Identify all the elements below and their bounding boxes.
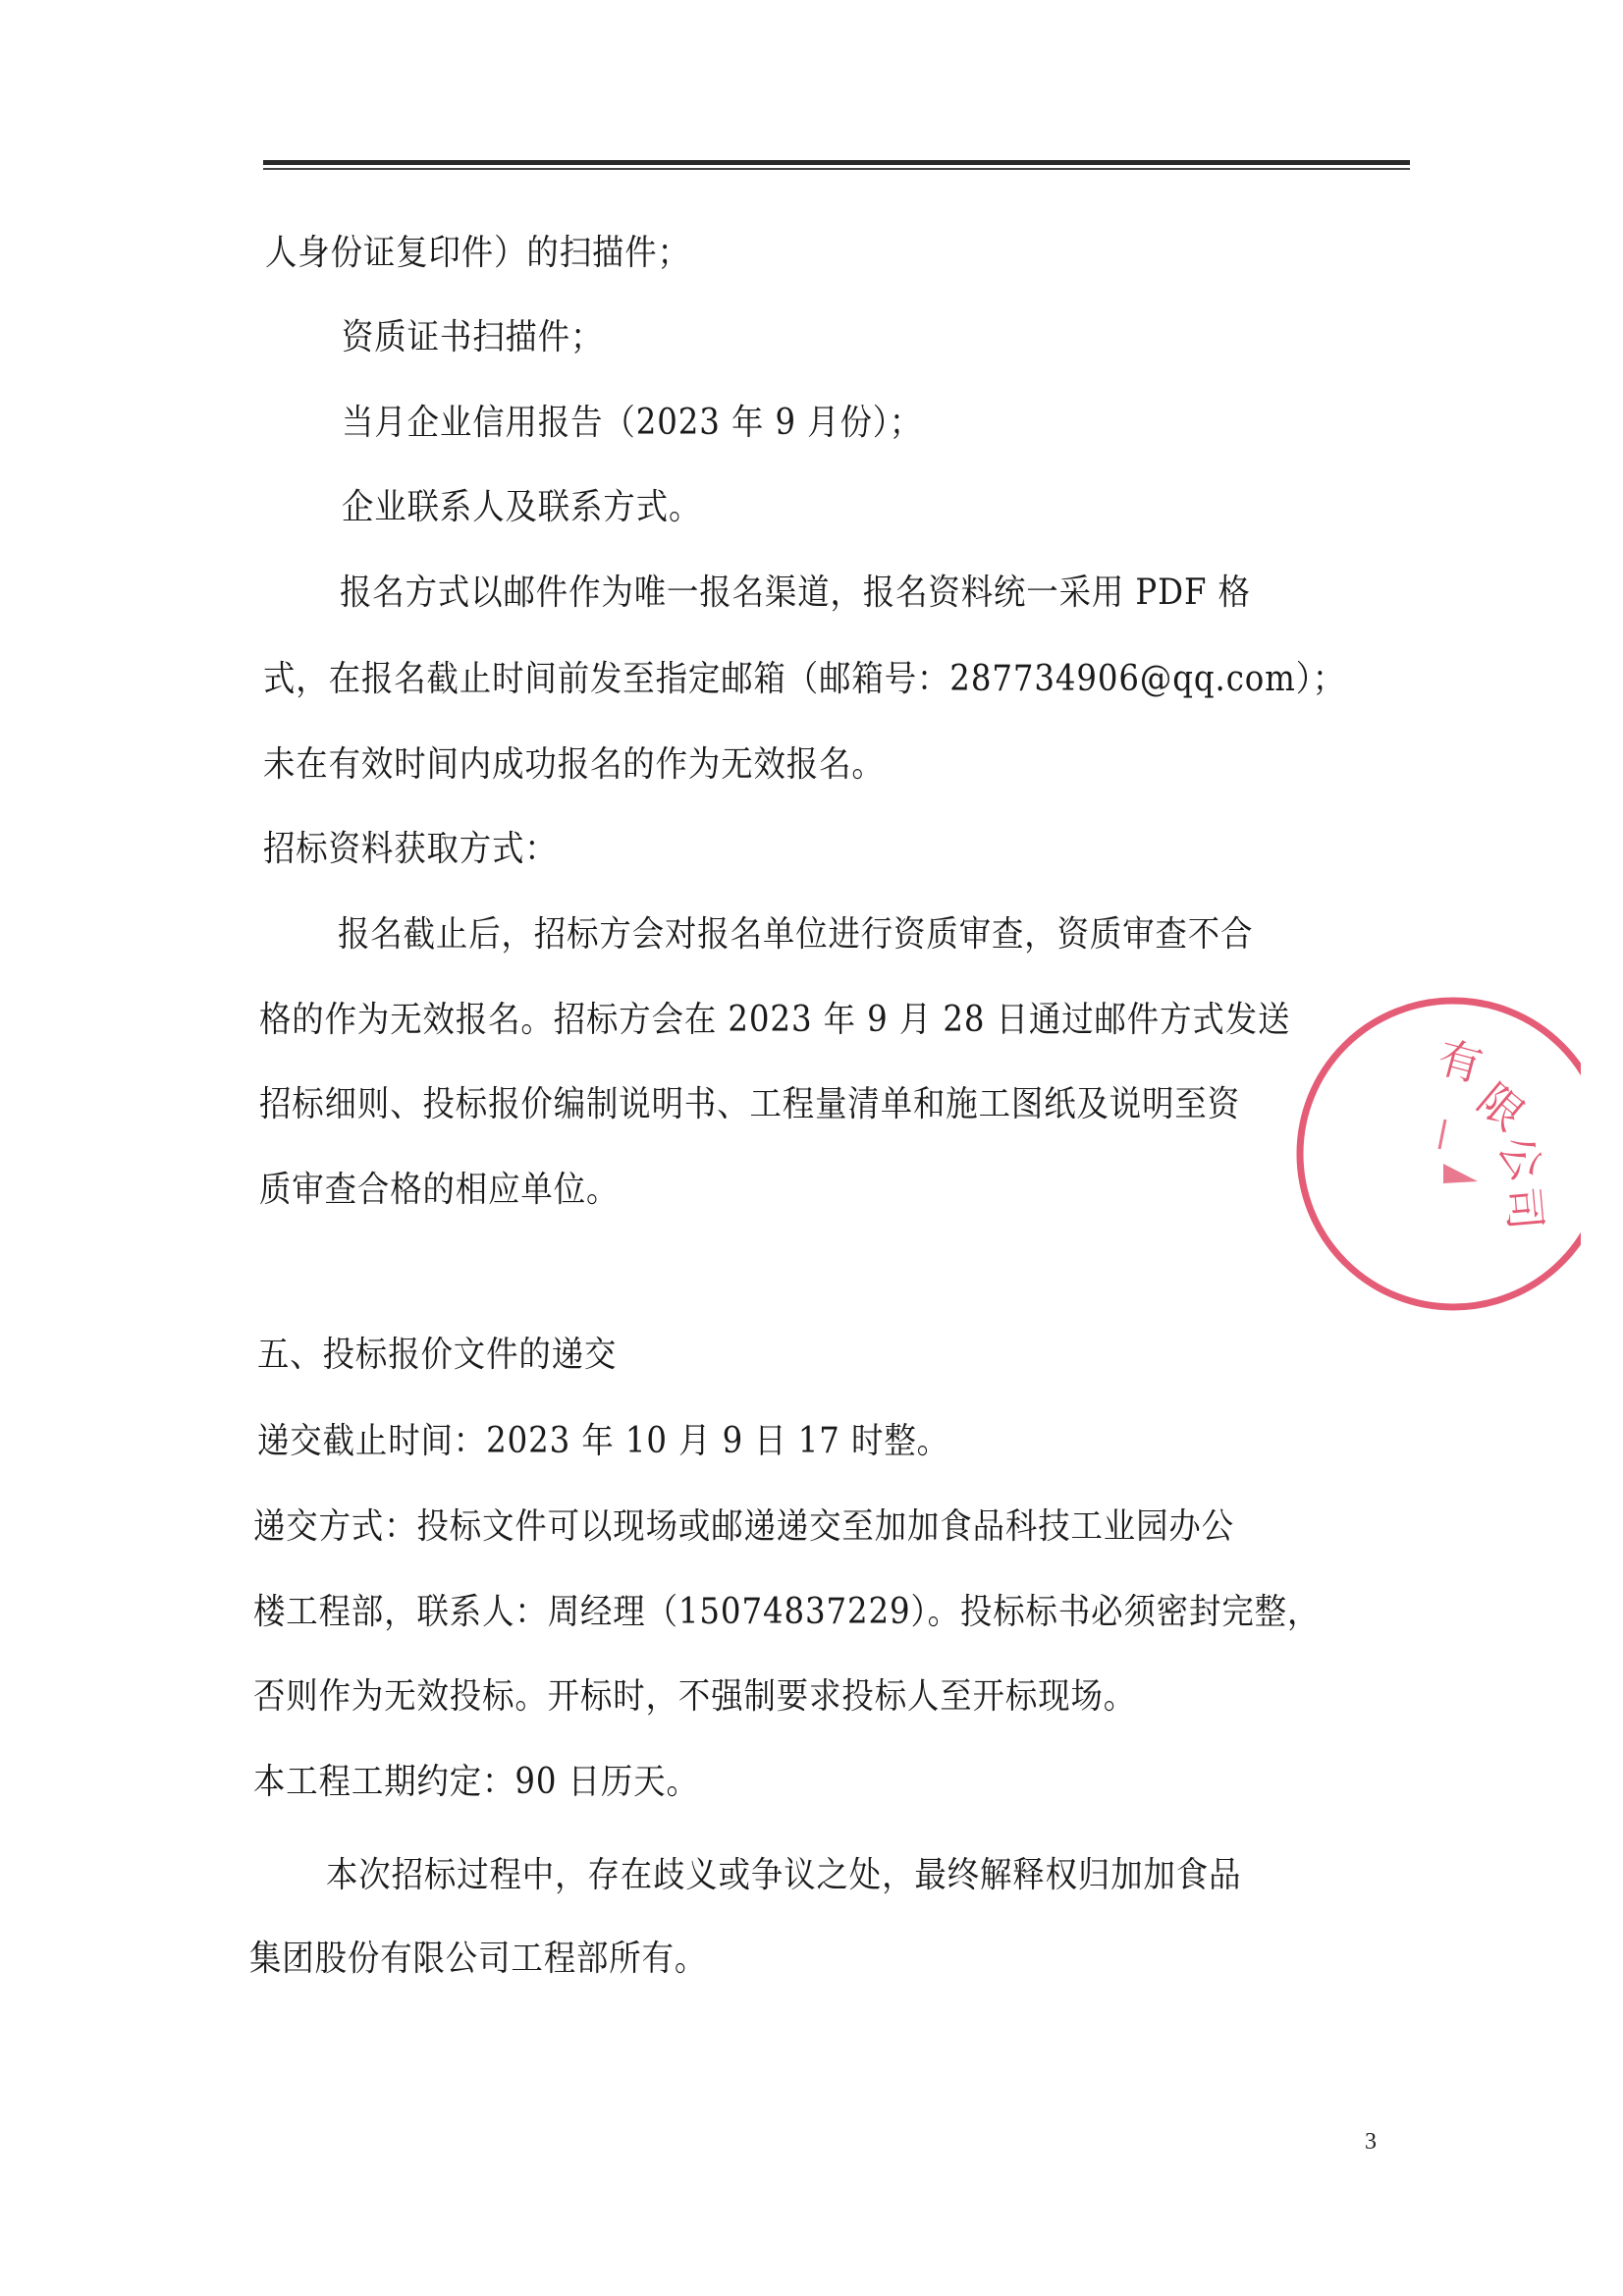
text-line: 本次招标过程中，存在歧义或争议之处，最终解释权归加加食品: [326, 1854, 1241, 1897]
header-rule-thin: [263, 168, 1410, 170]
text-line: 式，在报名截止时间前发至指定邮箱（邮箱号：287734906@qq.com）；: [263, 658, 1345, 701]
stamp-star-icon: [1443, 1164, 1478, 1183]
text-line: 未在有效时间内成功报名的作为无效报名。: [263, 743, 885, 787]
stamp-char: 有: [1433, 1032, 1488, 1092]
text-line: 报名方式以邮件作为唯一报名渠道，报名资料统一采用 PDF 格: [340, 572, 1251, 615]
text-line: 递交截止时间：2023 年 10 月 9 日 17 时整。: [257, 1420, 949, 1463]
text-line: 资质证书扫描件；: [342, 316, 603, 359]
section-subheading: 招标资料获取方式：: [263, 828, 558, 871]
header-rule-thick: [263, 160, 1410, 165]
stamp-char: 司: [1496, 1185, 1550, 1232]
section-heading: 五、投标报价文件的递交: [257, 1334, 617, 1377]
text-line: 本工程工期约定：90 日历天。: [253, 1761, 699, 1804]
text-line: 招标细则、投标报价编制说明书、工程量清单和施工图纸及说明至资: [259, 1083, 1240, 1126]
text-line: 格的作为无效报名。招标方会在 2023 年 9 月 28 日通过邮件方式发送: [259, 999, 1290, 1042]
text-line: 楼工程部，联系人：周经理（15074837229）。投标标书必须密封完整，: [253, 1591, 1320, 1634]
text-line: 否则作为无效投标。开标时，不强制要求投标人至开标现场。: [253, 1675, 1136, 1719]
company-seal-stamp: 有 限 公 司: [1286, 987, 1581, 1311]
text-line: 质审查合格的相应单位。: [259, 1169, 619, 1212]
text-line: 企业联系人及联系方式。: [342, 486, 701, 529]
page-number: 3: [1365, 2129, 1377, 2156]
text-line: 人身份证复印件）的扫描件；: [265, 232, 690, 275]
text-line: 递交方式：投标文件可以现场或邮递递交至加加食品科技工业园办公: [253, 1505, 1234, 1549]
text-line: 当月企业信用报告（2023 年 9 月份）；: [342, 402, 922, 445]
text-line: 报名截止后，招标方会对报名单位进行资质审查，资质审查不合: [338, 913, 1253, 957]
stamp-char: 限: [1468, 1074, 1533, 1140]
text-line: 集团股份有限公司工程部所有。: [249, 1938, 707, 1981]
